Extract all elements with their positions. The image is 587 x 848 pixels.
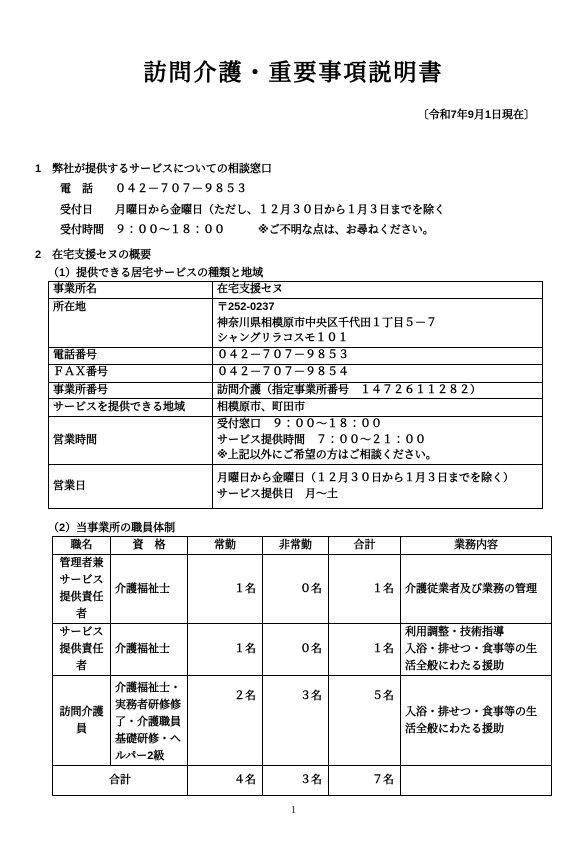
row-label: サービスを提供できる地域 <box>49 399 213 417</box>
qualification-cell: 介護福祉士 <box>111 624 188 676</box>
duties-cell: 入浴・排せつ・食事等の生活全般にわたる援助 <box>401 676 552 766</box>
staff-structure-table: 職名 資 格 常勤 非常勤 合計 業務内容 管理者兼 サービス 提供責任者 介護… <box>52 536 552 796</box>
col-header-fulltime: 常勤 <box>188 537 263 555</box>
row-label: 営業時間 <box>49 417 213 465</box>
row-value: ０４２－７０７－９８５４ <box>213 364 543 382</box>
col-header-role: 職名 <box>53 537 111 555</box>
subsection1-heading: （1）提供できる居宅サービスの種類と地域 <box>48 264 263 280</box>
table-row: 所在地 〒252-0237 神奈川県相模原市中央区千代田１丁目５－７ シャングリ… <box>49 299 543 348</box>
row-value: 相模原市、町田市 <box>213 399 543 417</box>
page-number: 1 <box>0 804 587 816</box>
section2-heading: 2 在宅支援セヌの概要 <box>35 246 151 262</box>
parttime-cell: ０名 <box>263 555 329 624</box>
office-overview-table: 事業所名 在宅支援セヌ 所在地 〒252-0237 神奈川県相模原市中央区千代田… <box>48 281 543 509</box>
row-value: 在宅支援セヌ <box>213 282 543 299</box>
table-row: 管理者兼 サービス 提供責任者 介護福祉士 １名 ０名 １名 介護従業者及び業務… <box>53 555 552 624</box>
page-title: 訪問介護・重要事項説明書 <box>0 54 587 87</box>
fulltime-total-cell: ４名 <box>188 766 263 796</box>
fulltime-cell: ２名 <box>188 676 263 766</box>
role-cell: 訪問介護員 <box>53 676 111 766</box>
row-label: 電話番号 <box>49 347 213 364</box>
row-label: 所在地 <box>49 299 213 348</box>
table-row: サービスを提供できる地域 相模原市、町田市 <box>49 399 543 417</box>
total-cell: ５名 <box>329 676 401 766</box>
total-cell: １名 <box>329 624 401 676</box>
table-row: 電話番号 ０４２－７０７－９８５３ <box>49 347 543 364</box>
subsection2-heading: （2）当事業所の職員体制 <box>48 519 175 535</box>
parttime-cell: ０名 <box>263 624 329 676</box>
table-header-row: 職名 資 格 常勤 非常勤 合計 業務内容 <box>53 537 552 555</box>
col-header-parttime: 非常勤 <box>263 537 329 555</box>
row-value: ０４２－７０７－９８５３ <box>213 347 543 364</box>
table-row: サービス 提供責任者 介護福祉士 １名 ０名 １名 利用調整・技術指導 入浴・排… <box>53 624 552 676</box>
qualification-cell: 介護福祉士・実務者研修修了・介護職員基礎研修・ヘルパー2級 <box>111 676 188 766</box>
parttime-total-cell: ３名 <box>263 766 329 796</box>
row-label: ＦＡＸ番号 <box>49 364 213 382</box>
duties-empty-cell <box>401 766 552 796</box>
total-cell: １名 <box>329 555 401 624</box>
table-row: 営業日 月曜日から金曜日（１２月３０日から１月３日までを除く） サービス提供日 … <box>49 465 543 509</box>
qualification-cell: 介護福祉士 <box>111 555 188 624</box>
role-cell: サービス 提供責任者 <box>53 624 111 676</box>
row-label: 事業所名 <box>49 282 213 299</box>
role-cell: 管理者兼 サービス 提供責任者 <box>53 555 111 624</box>
col-header-duties: 業務内容 <box>401 537 552 555</box>
table-row: 事業所名 在宅支援セヌ <box>49 282 543 299</box>
document-page: 訪問介護・重要事項説明書 〔令和7年9月1日現在〕 1 弊社が提供するサービスに… <box>0 0 587 848</box>
grand-total-cell: ７名 <box>329 766 401 796</box>
fulltime-cell: １名 <box>188 555 263 624</box>
row-value: 受付窓口 ９：００～１８：００ サービス提供時間 ７：００～２１：００ ※上記以… <box>213 417 543 465</box>
total-row-label: 合計 <box>53 766 188 796</box>
row-value: 〒252-0237 神奈川県相模原市中央区千代田１丁目５－７ シャングリラコスモ… <box>213 299 543 348</box>
row-label: 事業所番号 <box>49 382 213 399</box>
section1-heading: 1 弊社が提供するサービスについての相談窓口 <box>35 160 272 176</box>
table-row: 営業時間 受付窓口 ９：００～１８：００ サービス提供時間 ７：００～２１：００… <box>49 417 543 465</box>
table-row: 訪問介護員 介護福祉士・実務者研修修了・介護職員基礎研修・ヘルパー2級 ２名 ３… <box>53 676 552 766</box>
table-total-row: 合計 ４名 ３名 ７名 <box>53 766 552 796</box>
row-value: 月曜日から金曜日（１２月３０日から１月３日までを除く） サービス提供日 月～土 <box>213 465 543 509</box>
col-header-total: 合計 <box>329 537 401 555</box>
table-row: ＦＡＸ番号 ０４２－７０７－９８５４ <box>49 364 543 382</box>
fulltime-cell: １名 <box>188 624 263 676</box>
duties-cell: 利用調整・技術指導 入浴・排せつ・食事等の生活全般にわたる援助 <box>401 624 552 676</box>
document-date-note: 〔令和7年9月1日現在〕 <box>418 106 535 122</box>
parttime-cell: ３名 <box>263 676 329 766</box>
section1-contact-lines: 電 話 ０４２－７０７－９８５３ 受付日 月曜日から金曜日（ただし、１２月３０日… <box>60 179 445 241</box>
row-value: 訪問介護（指定事業所番号 １４７２６１１２８２） <box>213 382 543 399</box>
duties-cell: 介護従業者及び業務の管理 <box>401 555 552 624</box>
row-label: 営業日 <box>49 465 213 509</box>
table-row: 事業所番号 訪問介護（指定事業所番号 １４７２６１１２８２） <box>49 382 543 399</box>
col-header-qualification: 資 格 <box>111 537 188 555</box>
